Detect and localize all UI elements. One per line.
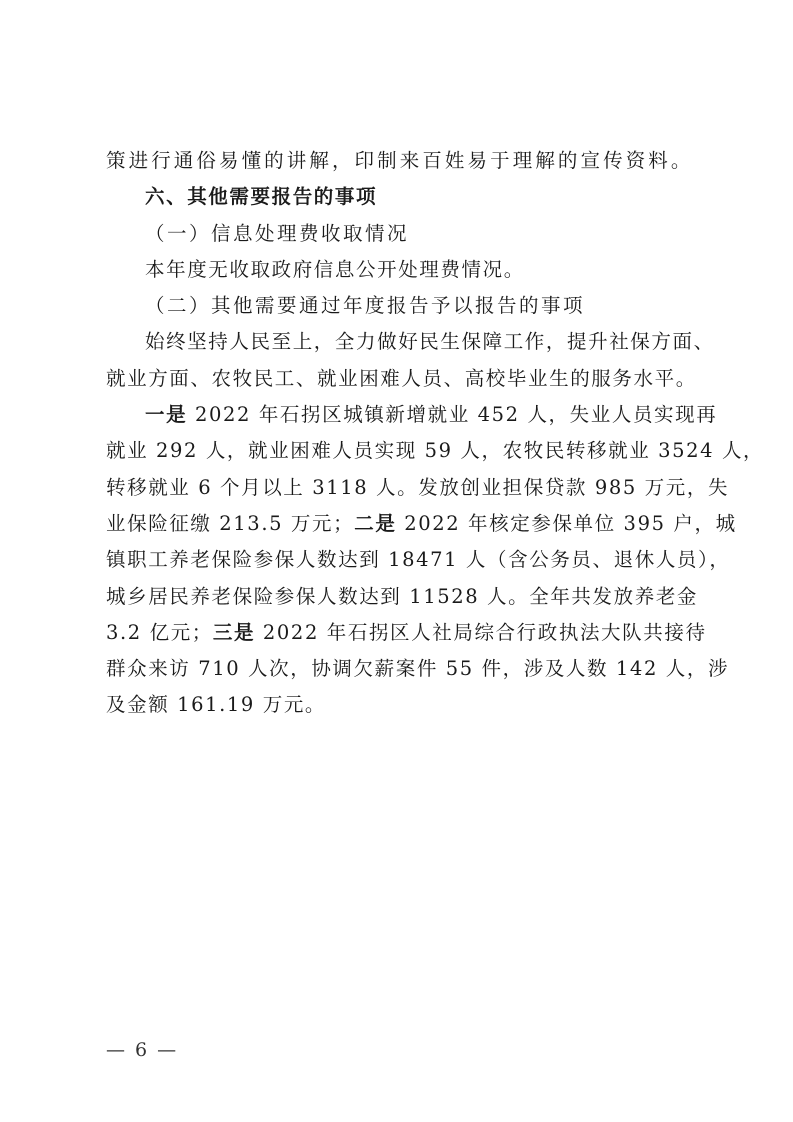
paragraph-text: 3.2 亿元； — [106, 621, 213, 644]
paragraph-text: 业保险征缴 213.5 万元； — [106, 512, 354, 535]
paragraph-line: 群众来访 710 人次，协调欠薪案件 55 件，涉及人数 142 人，涉 — [106, 651, 692, 687]
paragraph-line: 业保险征缴 213.5 万元；二是 2022 年核定参保单位 395 户，城 — [106, 506, 692, 542]
paragraph-line: 就业 292 人，就业困难人员实现 59 人，农牧民转移就业 3524 人， — [106, 433, 692, 469]
point-marker: 二是 — [354, 512, 396, 535]
paragraph-text: 2022 年石拐区人社局综合行政执法大队共接待 — [255, 621, 706, 644]
point-marker: 一是 — [145, 403, 187, 426]
paragraph-line: 及金额 161.19 万元。 — [106, 687, 692, 723]
paragraph-line: 3.2 亿元；三是 2022 年石拐区人社局综合行政执法大队共接待 — [106, 615, 692, 651]
paragraph-text: 2022 年石拐区城镇新增就业 452 人，失业人员实现再 — [187, 403, 717, 426]
point-marker: 三是 — [213, 621, 255, 644]
paragraph-line: 转移就业 6 个月以上 3118 人。发放创业担保贷款 985 万元，失 — [106, 470, 692, 506]
paragraph-line: 镇职工养老保险参保人数达到 18471 人（含公务员、退休人员）， — [106, 542, 692, 578]
subsection-heading: （一）信息处理费收取情况 — [106, 216, 692, 252]
paragraph-line: 城乡居民养老保险参保人数达到 11528 人。全年共发放养老金 — [106, 579, 692, 615]
paragraph-line: 一是 2022 年石拐区城镇新增就业 452 人，失业人员实现再 — [106, 397, 692, 433]
subsection-heading: （二）其他需要通过年度报告予以报告的事项 — [106, 288, 692, 324]
document-body: 策进行通俗易懂的讲解，印制来百姓易于理解的宣传资料。 六、其他需要报告的事项 （… — [106, 143, 692, 724]
paragraph-line: 本年度无收取政府信息公开处理费情况。 — [106, 252, 692, 288]
page-number: — 6 — — [106, 1039, 178, 1061]
section-heading: 六、其他需要报告的事项 — [106, 179, 692, 215]
paragraph-line: 始终坚持人民至上，全力做好民生保障工作，提升社保方面、 — [106, 324, 692, 360]
paragraph-line: 就业方面、农牧民工、就业困难人员、高校毕业生的服务水平。 — [106, 361, 692, 397]
paragraph-text: 2022 年核定参保单位 395 户，城 — [396, 512, 736, 535]
paragraph-line: 策进行通俗易懂的讲解，印制来百姓易于理解的宣传资料。 — [106, 143, 692, 179]
